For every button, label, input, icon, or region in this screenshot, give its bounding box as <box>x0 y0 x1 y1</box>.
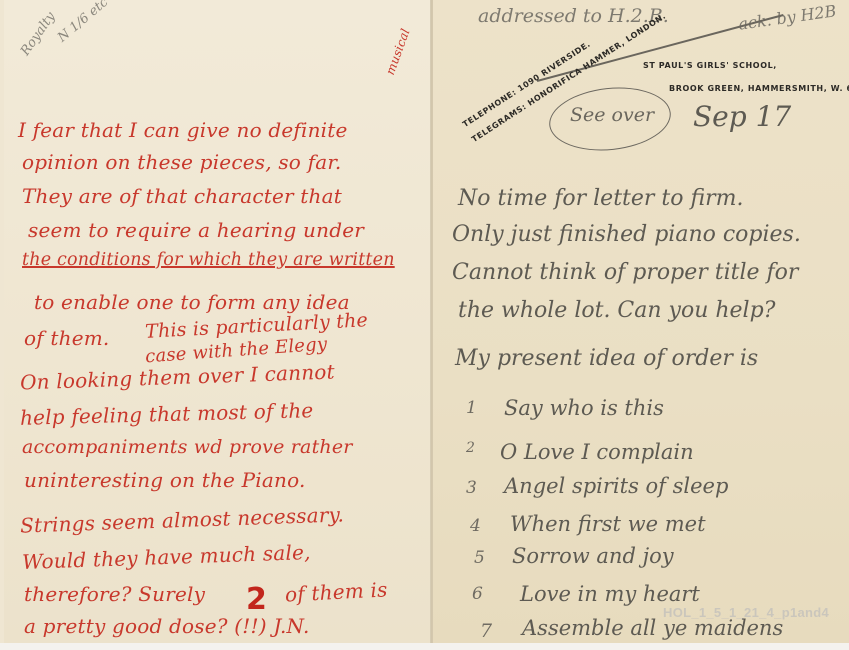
letter-line-6: to enable one to form any idea <box>34 290 350 314</box>
song-number: 1 <box>466 398 477 418</box>
song-number: 6 <box>472 584 483 604</box>
letter-date: Sep 17 <box>693 100 791 133</box>
letter-line-7: of them. <box>24 326 109 350</box>
letterhead-school: ST PAUL'S GIRLS' SCHOOL, <box>643 61 777 70</box>
song-title: Angel spirits of sleep <box>504 474 728 498</box>
note-line-5: My present idea of order is <box>455 346 758 371</box>
letter-line-2: opinion on these pieces, so far. <box>22 150 341 174</box>
song-number: 3 <box>466 478 477 498</box>
note-line-2: Only just finished piano copies. <box>452 222 801 247</box>
song-title: Love in my heart <box>520 582 700 606</box>
bottom-margin <box>0 643 849 650</box>
see-over-note: See over <box>570 104 654 126</box>
song-number: 2 <box>466 440 475 456</box>
note-line-3: Cannot think of proper title for <box>452 260 798 285</box>
letter-line-12: accompaniments wd prove rather <box>22 436 353 458</box>
note-line-4: the whole lot. Can you help? <box>458 298 775 323</box>
letter-line-18: a pretty good dose? (!!) J.N. <box>24 614 310 638</box>
song-title: O Love I complain <box>500 440 694 464</box>
letterhead-address: BROOK GREEN, HAMMERSMITH, W. 6. <box>669 84 849 93</box>
letter-line-16: therefore? Surely <box>24 582 205 606</box>
note-line-1: No time for letter to firm. <box>458 186 744 211</box>
letter-line-3: They are of that character that <box>22 184 342 208</box>
pencil-note-addressed: addressed to H.2.B. <box>478 5 669 27</box>
song-title: When first we met <box>510 512 706 536</box>
archive-reference-watermark: HOL_1_5_1_21_4_p1and4 <box>663 605 829 620</box>
big-red-numeral: 2 <box>246 582 267 617</box>
letter-line-13: uninteresting on the Piano. <box>24 468 306 492</box>
letter-line-1: I fear that I can give no definite <box>18 118 348 142</box>
song-title: Say who is this <box>504 396 664 420</box>
song-number: 5 <box>474 548 485 568</box>
song-number: 7 <box>480 620 492 642</box>
song-title: Sorrow and joy <box>512 544 674 568</box>
letter-line-5: the conditions for which they are writte… <box>22 250 395 270</box>
letter-line-4: seem to require a hearing under <box>28 218 364 242</box>
song-number: 4 <box>470 516 481 536</box>
